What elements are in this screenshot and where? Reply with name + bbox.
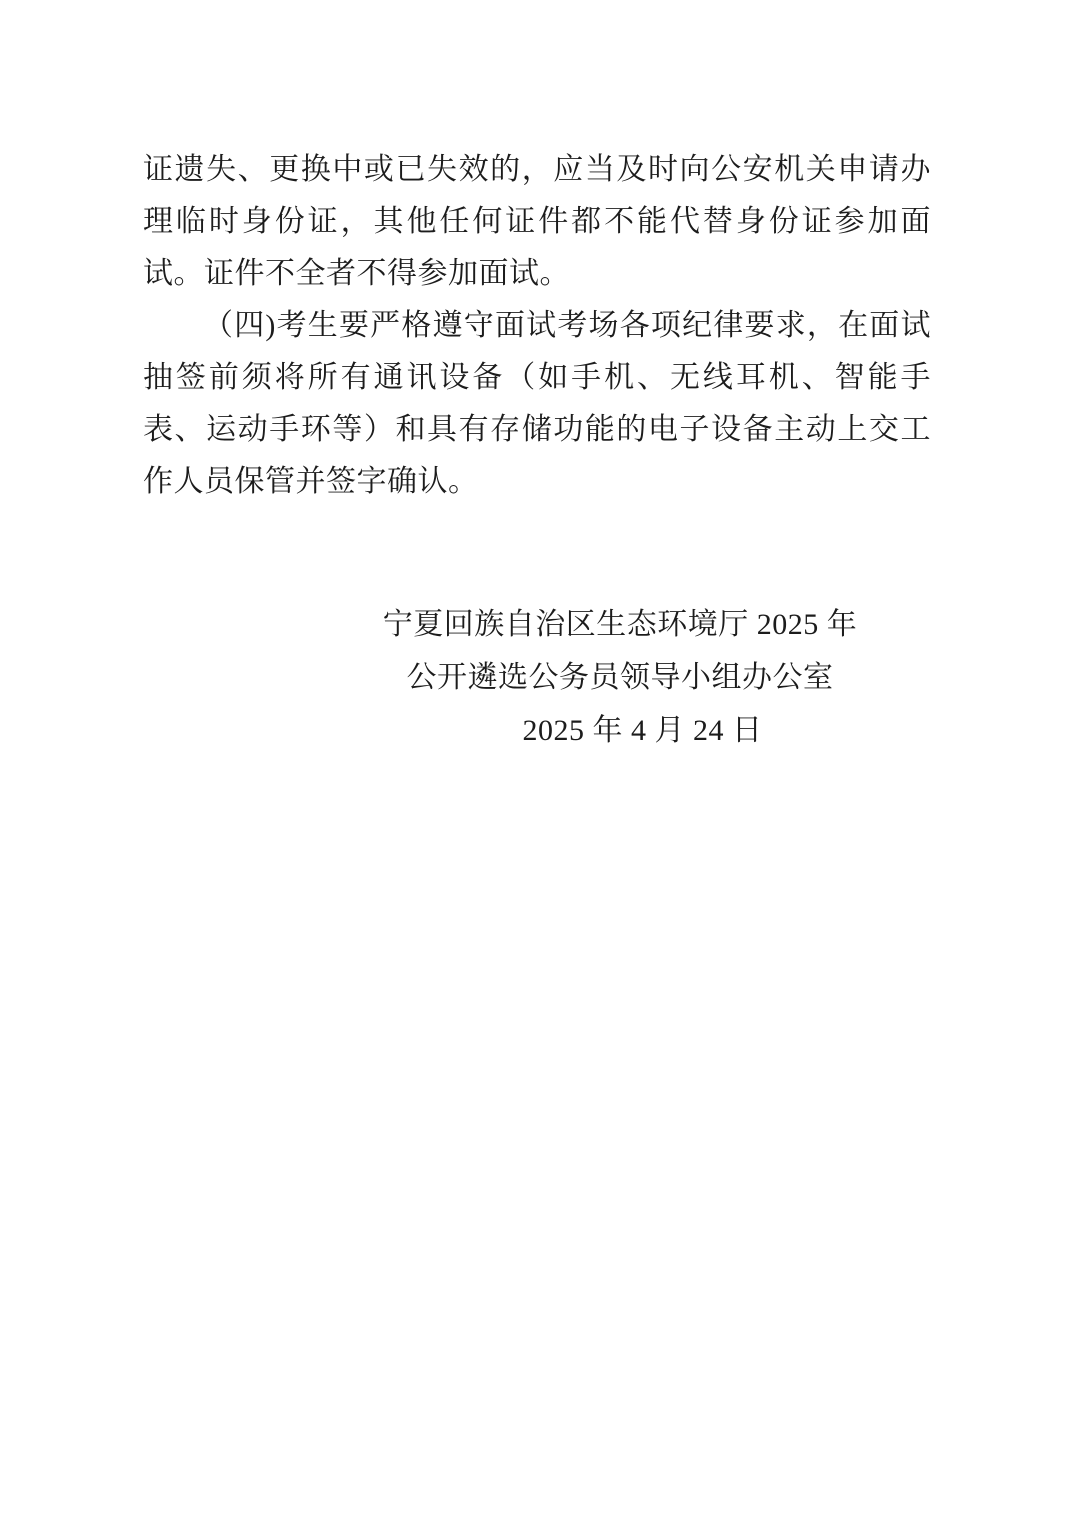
signature-block: 宁夏回族自治区生态环境厅 2025 年 公开遴选公务员领导小组办公室 2025 …	[360, 598, 880, 757]
body-text: 证遗失、更换中或已失效的，应当及时向公安机关申请办理临时身份证，其他任何证件都不…	[143, 144, 931, 508]
paragraph-item-four: （四)考生要严格遵守面试考场各项纪律要求，在面试抽签前须将所有通讯设备（如手机、…	[143, 300, 931, 508]
signature-date: 2025 年 4 月 24 日	[405, 704, 880, 757]
signature-org-line2: 公开遴选公务员领导小组办公室	[360, 651, 880, 704]
paragraph-continuation: 证遗失、更换中或已失效的，应当及时向公安机关申请办理临时身份证，其他任何证件都不…	[143, 144, 931, 300]
document-page: 证遗失、更换中或已失效的，应当及时向公安机关申请办理临时身份证，其他任何证件都不…	[0, 0, 1074, 1520]
signature-org-line1: 宁夏回族自治区生态环境厅 2025 年	[360, 598, 880, 651]
